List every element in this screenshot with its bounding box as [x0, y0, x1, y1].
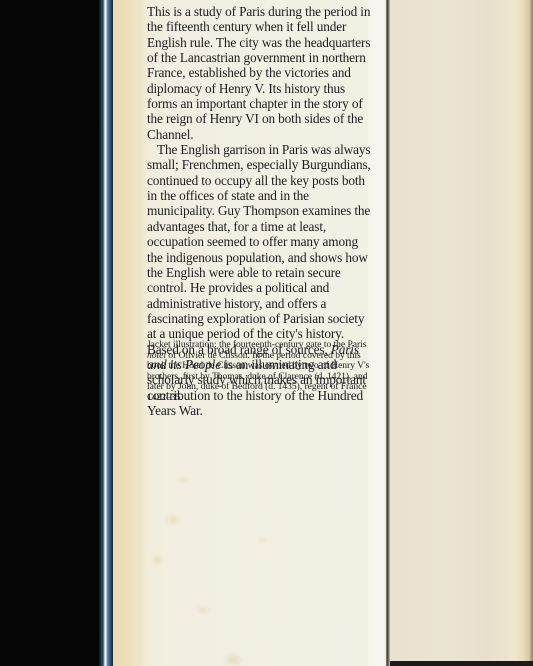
caption-italic-hotel: hôtel	[147, 350, 166, 361]
paragraph-2-text-start: The English garrison in Paris was always…	[147, 142, 371, 356]
jacket-spine-edge	[99, 0, 113, 666]
bottom-shadow	[390, 661, 533, 666]
blurb-paragraph-1: This is a study of Paris during the peri…	[147, 4, 372, 142]
caption-end: of Olivier de Clisson. In the period cov…	[147, 350, 369, 403]
jacket-illustration-caption: Jacket illustration: the fourteenth-cent…	[147, 340, 372, 404]
caption-start: Jacket illustration: the fourteenth-cent…	[147, 339, 366, 350]
endpaper	[390, 0, 533, 661]
